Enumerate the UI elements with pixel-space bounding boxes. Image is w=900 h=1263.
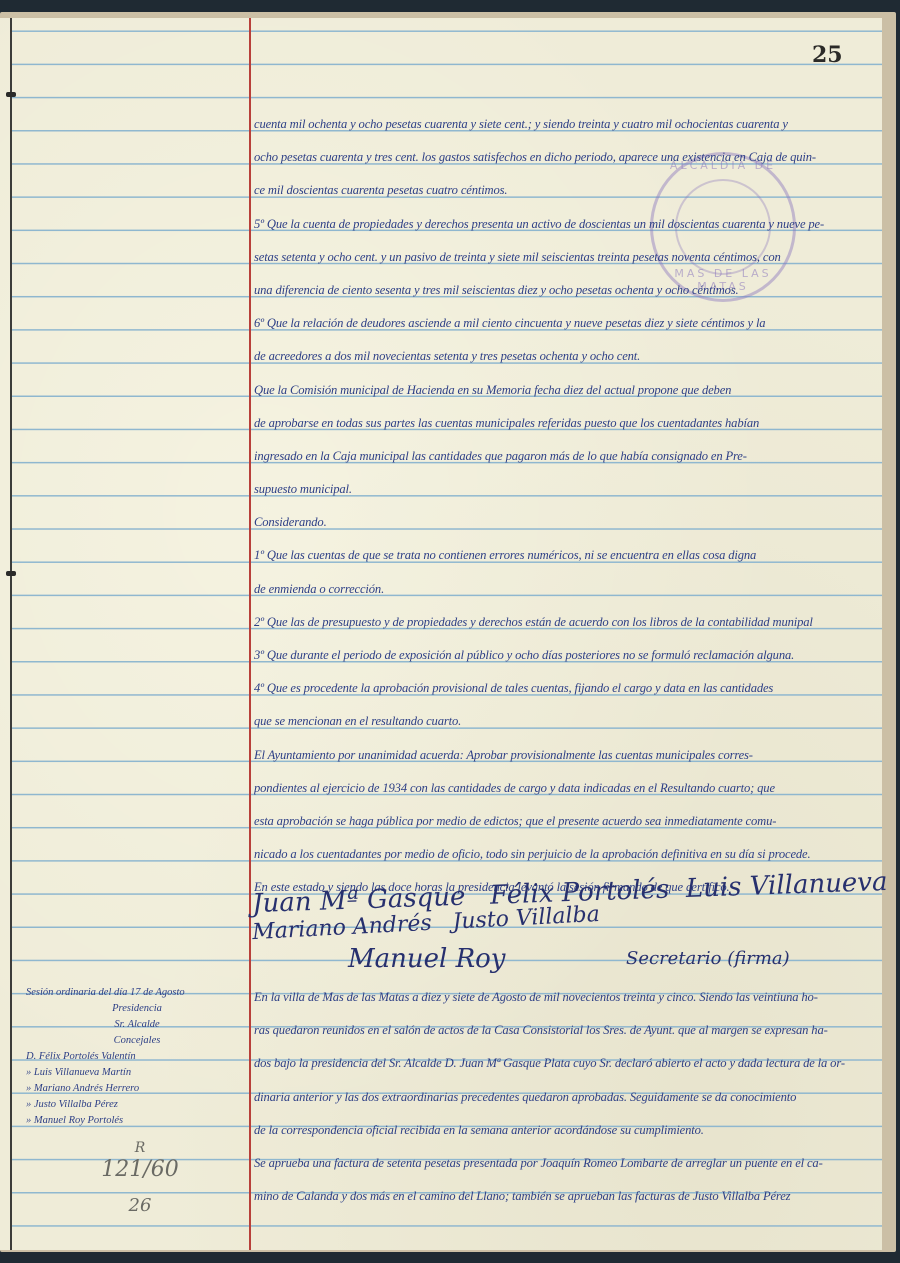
pencil-annotation: 121/60 bbox=[90, 1157, 190, 1182]
text-line: Se aprueba una factura de setenta peseta… bbox=[254, 1147, 878, 1180]
text-line: 4º Que es procedente la aprobación provi… bbox=[254, 672, 878, 705]
signatures-block: Juan Mª Gasque Félix Portolés Luis Villa… bbox=[248, 878, 868, 978]
text-line: cuenta mil ochenta y ocho pesetas cuaren… bbox=[254, 108, 878, 141]
presidency-name: Sr. Alcalde bbox=[26, 1017, 248, 1033]
text-line: 3º Que durante el periodo de exposición … bbox=[254, 639, 878, 672]
margin-notes: Sesión ordinaria del día 17 de Agosto Pr… bbox=[26, 985, 248, 1129]
text-line: mino de Calanda y dos más en el camino d… bbox=[254, 1180, 878, 1213]
session-title: Sesión ordinaria del día 17 de Agosto bbox=[26, 985, 248, 1001]
text-line: de enmienda o corrección. bbox=[254, 573, 878, 606]
text-line: de la correspondencia oficial recibida e… bbox=[254, 1114, 878, 1147]
page-number: 25 bbox=[812, 42, 843, 68]
text-line: que se mencionan en el resultando cuarto… bbox=[254, 705, 878, 738]
text-line: de aprobarse en todas sus partes las cue… bbox=[254, 407, 878, 440]
councilor-name: » Manuel Roy Portolés bbox=[26, 1113, 248, 1129]
text-line: pondientes al ejercicio de 1934 con las … bbox=[254, 772, 878, 805]
text-line: ocho pesetas cuarenta y tres cent. los g… bbox=[254, 141, 878, 174]
text-line: supuesto municipal. bbox=[254, 473, 878, 506]
text-line: 2º Que las de presupuesto y de propiedad… bbox=[254, 606, 878, 639]
signature-secretary: Secretario (firma) bbox=[626, 948, 790, 969]
signature: Luis Villanueva bbox=[685, 867, 888, 904]
text-line: ce mil doscientas cuarenta pesetas cuatr… bbox=[254, 174, 878, 207]
councilor-name: » Luis Villanueva Martín bbox=[26, 1065, 248, 1081]
text-line: dos bajo la presidencia del Sr. Alcalde … bbox=[254, 1047, 878, 1080]
text-line: 6º Que la relación de deudores asciende … bbox=[254, 307, 878, 340]
text-line: esta aprobación se haga pública por medi… bbox=[254, 805, 878, 838]
text-line: dinaria anterior y las dos extraordinari… bbox=[254, 1081, 878, 1114]
text-line: 1º Que las cuentas de que se trata no co… bbox=[254, 539, 878, 572]
councilor-name: » Justo Villalba Pérez bbox=[26, 1097, 248, 1113]
margin-line bbox=[249, 18, 251, 1250]
text-line: nicado a los cuentadantes por medio de o… bbox=[254, 838, 878, 871]
text-line: ras quedaron reunidos en el salón de act… bbox=[254, 1014, 878, 1047]
minutes-body: cuenta mil ochenta y ocho pesetas cuaren… bbox=[254, 108, 878, 905]
text-line: Que la Comisión municipal de Hacienda en… bbox=[254, 374, 878, 407]
text-line: Considerando. bbox=[254, 506, 878, 539]
minutes-body-continued: En la villa de Mas de las Matas a diez y… bbox=[254, 981, 878, 1213]
text-line: de acreedores a dos mil novecientas sete… bbox=[254, 340, 878, 373]
text-line: El Ayuntamiento por unanimidad acuerda: … bbox=[254, 739, 878, 772]
councilor-name: D. Félix Portolés Valentín bbox=[26, 1049, 248, 1065]
text-line: ingresado en la Caja municipal las canti… bbox=[254, 440, 878, 473]
pencil-annotation: 26 bbox=[90, 1195, 190, 1216]
councilors-list: D. Félix Portolés Valentín» Luis Villanu… bbox=[26, 1049, 248, 1129]
pencil-annotation: R bbox=[90, 1140, 190, 1156]
signature: Manuel Roy bbox=[348, 944, 506, 974]
presidency-label: Presidencia bbox=[26, 1001, 248, 1017]
text-line: En la villa de Mas de las Matas a diez y… bbox=[254, 981, 878, 1014]
binding-clip-icon bbox=[6, 92, 16, 97]
text-line: una diferencia de ciento sesenta y tres … bbox=[254, 274, 878, 307]
binding-clip-icon bbox=[6, 571, 16, 576]
binding-line bbox=[10, 18, 12, 1250]
text-line: setas setenta y ocho cent. y un pasivo d… bbox=[254, 241, 878, 274]
councilor-name: » Mariano Andrés Herrero bbox=[26, 1081, 248, 1097]
text-line: 5º Que la cuenta de propiedades y derech… bbox=[254, 208, 878, 241]
councilors-label: Concejales bbox=[26, 1033, 248, 1049]
